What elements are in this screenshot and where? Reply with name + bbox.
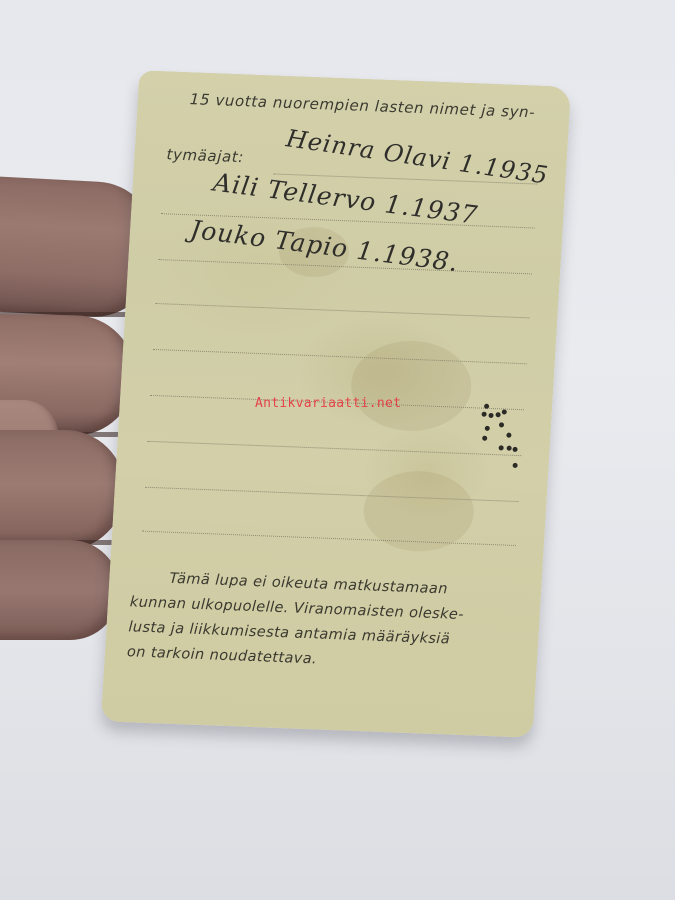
ring-finger xyxy=(0,430,125,550)
header-line-1: 15 vuotta nuorempien lasten nimet ja syn… xyxy=(189,90,535,121)
dotted-line xyxy=(147,441,521,456)
dotted-line xyxy=(156,303,530,318)
header-line-2: tymäajat: xyxy=(166,145,244,166)
watermark: Antikvariaatti.net xyxy=(255,396,401,411)
perforation-marks xyxy=(476,404,530,476)
age-stain xyxy=(349,339,474,433)
little-finger xyxy=(0,540,120,640)
dotted-line xyxy=(153,349,527,364)
notice-text: Tämä lupa ei oikeuta matkustamaan kunnan… xyxy=(126,565,522,680)
